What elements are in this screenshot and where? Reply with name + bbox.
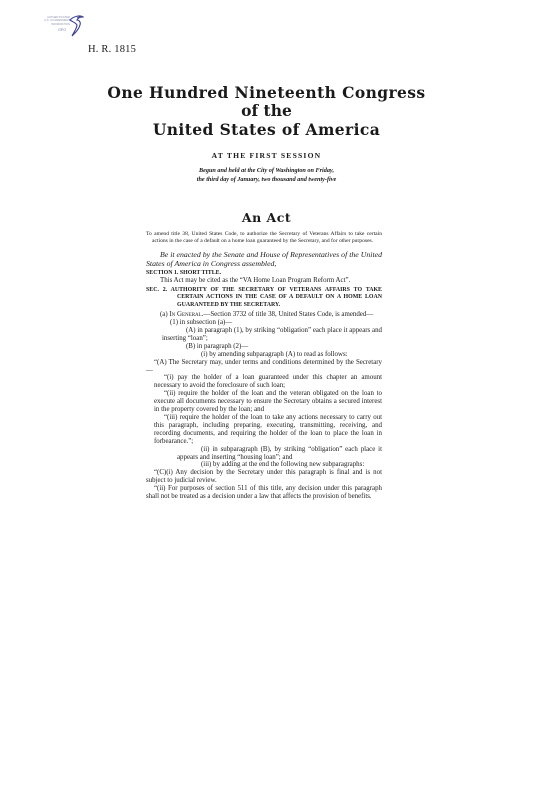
quoted-clause-iii: “(iii) require the holder of the loan to…: [146, 414, 382, 446]
section1-heading: SECTION 1. SHORT TITLE.: [146, 270, 382, 278]
quoted-subparagraph-C-i: “(C)(i) Any decision by the Secretary un…: [146, 469, 382, 485]
gpo-eagle-icon: [68, 14, 84, 38]
clause-ii: (ii) in subparagraph (B), by striking “o…: [146, 446, 382, 462]
congress-title-line1: One Hundred Nineteenth Congress: [0, 84, 533, 102]
congress-title-line2: of the: [0, 102, 533, 120]
act-heading: An Act: [0, 210, 533, 225]
purpose-statement: To amend title 38, United States Code, t…: [146, 231, 382, 245]
bill-number: H. R. 1815: [88, 44, 136, 55]
quoted-clause-ii: “(ii) require the holder of the loan and…: [146, 390, 382, 414]
begun-line2: the third day of January, two thousand a…: [0, 175, 533, 184]
congress-title-line3: United States of America: [0, 120, 533, 140]
subsection-a: (a) In General.—Section 3732 of title 38…: [146, 311, 382, 319]
quoted-clause-i: “(i) pay the holder of a loan guaranteed…: [146, 374, 382, 390]
paragraph-1: (1) in subsection (a)—: [146, 319, 382, 327]
quoted-subparagraph-A: “(A) The Secretary may, under terms and …: [146, 359, 382, 375]
section2-heading: SEC. 2. AUTHORITY OF THE SECRETARY OF VE…: [146, 287, 382, 309]
subsection-a-caption: In General.: [169, 311, 203, 318]
congress-title: One Hundred Nineteenth Congress of the U…: [0, 84, 533, 140]
begun-line1: Begun and held at the City of Washington…: [0, 166, 533, 175]
subsection-a-label: (a): [160, 311, 169, 318]
session-heading: AT THE FIRST SESSION: [0, 151, 533, 160]
begun-statement: Begun and held at the City of Washington…: [0, 166, 533, 184]
gpo-label: GPO: [58, 28, 66, 32]
clause-iii: (iii) by adding at the end the following…: [146, 461, 382, 469]
clause-i: (i) by amending subparagraph (A) to read…: [146, 351, 382, 359]
enacting-clause: Be it enacted by the Senate and House of…: [146, 250, 382, 268]
logo-line: INFORMATION: [30, 23, 70, 26]
gpo-logo-text: AUTHENTICATED U.S. GOVERNMENT INFORMATIO…: [30, 16, 70, 26]
section1-text: This Act may be cited as the “VA Home Lo…: [146, 277, 382, 285]
subparagraph-B: (B) in paragraph (2)—: [146, 343, 382, 351]
subsection-a-text: —Section 3732 of title 38, United States…: [203, 311, 373, 318]
bill-body: To amend title 38, United States Code, t…: [146, 231, 382, 501]
gpo-authentication-logo: AUTHENTICATED U.S. GOVERNMENT INFORMATIO…: [30, 14, 84, 38]
subparagraph-A: (A) in paragraph (1), by striking “oblig…: [146, 327, 382, 343]
quoted-subparagraph-C-ii: “(ii) For purposes of section 511 of thi…: [146, 485, 382, 501]
